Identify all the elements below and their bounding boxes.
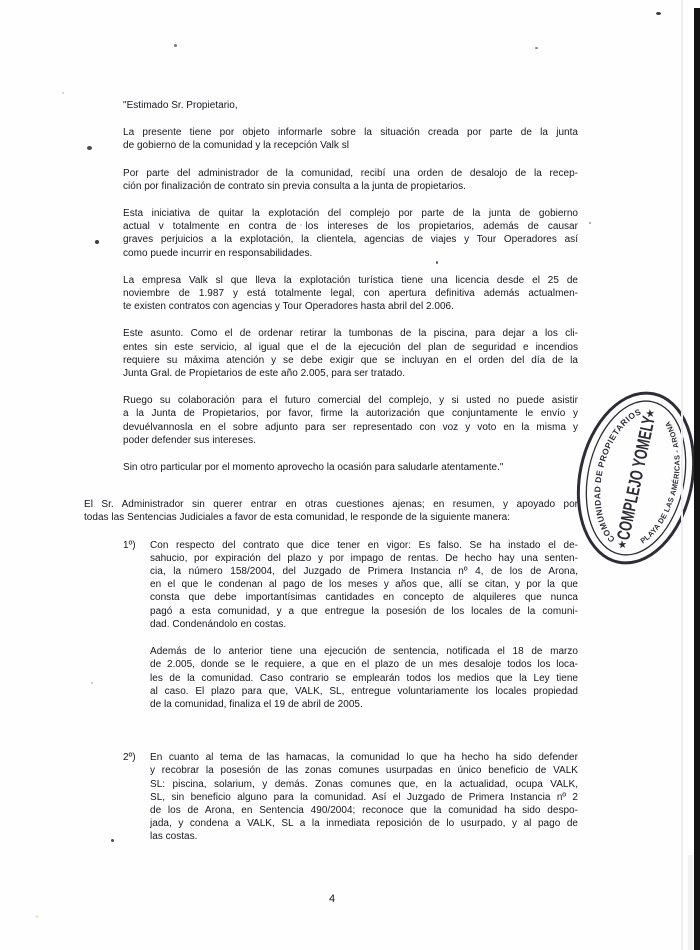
scan-speck	[87, 146, 92, 150]
text-line: en el que le condenan al pago de los mes…	[150, 578, 578, 591]
item-number	[123, 645, 150, 711]
text-line: consta que debe importantísimas cantidad…	[150, 591, 578, 604]
letter-paragraph-5: Este asunto. Como el de ordenar retirar …	[123, 327, 578, 380]
text-line: devuélvannosla en el sobre adjunto para …	[123, 421, 578, 434]
text-line: les de la comunidad. Caso contrario se e…	[150, 672, 578, 685]
text-line: sahucio, por expiración del plazo y por …	[150, 552, 578, 565]
scan-speck	[589, 222, 591, 224]
text-line: La presente tiene por objeto informarle …	[123, 126, 578, 139]
text-line: de 2.005, donde se le requiere, a que en…	[150, 658, 578, 671]
scan-edge-shadow	[688, 855, 693, 950]
text-line: como puede incurrir en responsabilidades…	[123, 247, 578, 260]
text-line: entes sin este servicio, al igual que el…	[123, 341, 578, 354]
community-stamp: COMUNIDAD DE PROPIETARIOS PLAYA DE LAS A…	[557, 377, 700, 579]
scan-speck	[656, 12, 661, 15]
text-line: SL, sin beneficio alguno para la comunid…	[150, 791, 578, 804]
text-line: pagó a esta comunidad, y a que entregue …	[150, 605, 578, 618]
text-line: al caso. El plazo para que, VALK, SL, en…	[150, 685, 578, 698]
text-line: dad. Condenándolo en costas.	[150, 618, 578, 631]
text-line: poder defender sus intereses.	[123, 434, 578, 447]
stamp-star-bottom: ★	[616, 539, 630, 551]
text-line: noviembre de 1.987 y está totalmente leg…	[123, 287, 578, 300]
response-intro: El Sr. Administrador sin querer entrar e…	[84, 498, 578, 524]
text-line: En cuanto al tema de las hamacas, la com…	[150, 751, 578, 764]
letter-paragraph-6: Ruego su colaboración para el futuro com…	[123, 394, 578, 447]
item-number: 1º)	[123, 539, 150, 631]
scan-edge-bar	[694, 8, 700, 950]
item-text: Con respecto del contrato que dice tener…	[150, 539, 578, 631]
letter-closing: Sin otro particular por el momento aprov…	[123, 461, 578, 474]
scan-speck	[95, 240, 99, 244]
text-line: Esta iniciativa de quitar la explotación…	[123, 207, 578, 220]
text-line: requiere su máxima atención y se debe ex…	[123, 354, 578, 367]
text-line: las costas.	[150, 830, 578, 843]
response-item-1-continued: Además de lo anterior tiene una ejecució…	[123, 645, 578, 711]
item-text: En cuanto al tema de las hamacas, la com…	[150, 751, 578, 843]
scan-speck	[300, 224, 302, 226]
text-line: "Estimado Sr. Propietario,	[123, 99, 578, 112]
scanned-letter-page: "Estimado Sr. Propietario, La presente t…	[0, 0, 700, 950]
scan-speck	[111, 839, 114, 842]
letter-paragraph-2: Por parte del administrador de la comuni…	[123, 167, 578, 193]
text-line: de la comunidad, finaliza el 19 de abril…	[150, 698, 578, 711]
text-line: SL: piscina, solarium, y demás. Zonas co…	[150, 778, 578, 791]
response-item-1: 1º) Con respecto del contrato que dice t…	[123, 539, 578, 631]
letter-paragraph-3: Esta iniciativa de quitar la explotación…	[123, 207, 578, 260]
text-line: Con respecto del contrato que dice tener…	[150, 539, 578, 552]
text-line: El Sr. Administrador sin querer entrar e…	[84, 498, 578, 511]
scan-speck	[35, 915, 39, 918]
text-line: cia, la número 158/2004, del Juzgado de …	[150, 565, 578, 578]
text-line: de los de Arona, en Sentencia 490/2004; …	[150, 804, 578, 817]
scan-speck	[436, 261, 438, 264]
scan-speck	[91, 682, 93, 684]
stamp-star-top: ★	[644, 408, 658, 420]
scan-speck	[62, 92, 64, 94]
text-line: graves perjuicios a la explotación, la c…	[123, 233, 578, 246]
text-line: La empresa Valk sl que lleva la explotac…	[123, 274, 578, 287]
text-line: a la Junta de Propietarios, por favor, f…	[123, 407, 578, 420]
text-line: Por parte del administrador de la comuni…	[123, 167, 578, 180]
item-number: 2º)	[123, 751, 150, 843]
letter-paragraph-1: La presente tiene por objeto informarle …	[123, 126, 578, 152]
scan-fold-line	[681, 0, 683, 950]
text-line: te existen contratos con agencias y Tour…	[123, 300, 578, 313]
text-line: ción por finalización de contrato sin pr…	[123, 180, 578, 193]
scan-speck	[174, 44, 177, 47]
letter-salutation: "Estimado Sr. Propietario,	[123, 99, 578, 112]
text-line: Sin otro particular por el momento aprov…	[123, 461, 578, 474]
text-line: Junta Gral. de Propietarios de este año …	[123, 367, 578, 380]
text-line: Este asunto. Como el de ordenar retirar …	[123, 327, 578, 340]
text-line: de gobierno de la comunidad y la recepci…	[123, 139, 578, 152]
text-line: todas las Sentencias Judiciales a favor …	[84, 511, 578, 524]
text-line: actual v totalmente en contra de los int…	[123, 220, 578, 233]
letter-body: "Estimado Sr. Propietario, La presente t…	[123, 99, 578, 858]
text-line: Ruego su colaboración para el futuro com…	[123, 394, 578, 407]
scan-speck	[535, 47, 538, 49]
page-number: 4	[320, 893, 344, 905]
text-line: Además de lo anterior tiene una ejecució…	[150, 645, 578, 658]
stamp-svg: COMUNIDAD DE PROPIETARIOS PLAYA DE LAS A…	[557, 377, 700, 579]
response-item-2: 2º) En cuanto al tema de las hamacas, la…	[123, 751, 578, 843]
text-line: jada, y condena a VALK, SL a la inmediat…	[150, 817, 578, 830]
letter-paragraph-4: La empresa Valk sl que lleva la explotac…	[123, 274, 578, 314]
item-text: Además de lo anterior tiene una ejecució…	[150, 645, 578, 711]
text-line: y recobrar la posesión de las zonas comu…	[150, 764, 578, 777]
